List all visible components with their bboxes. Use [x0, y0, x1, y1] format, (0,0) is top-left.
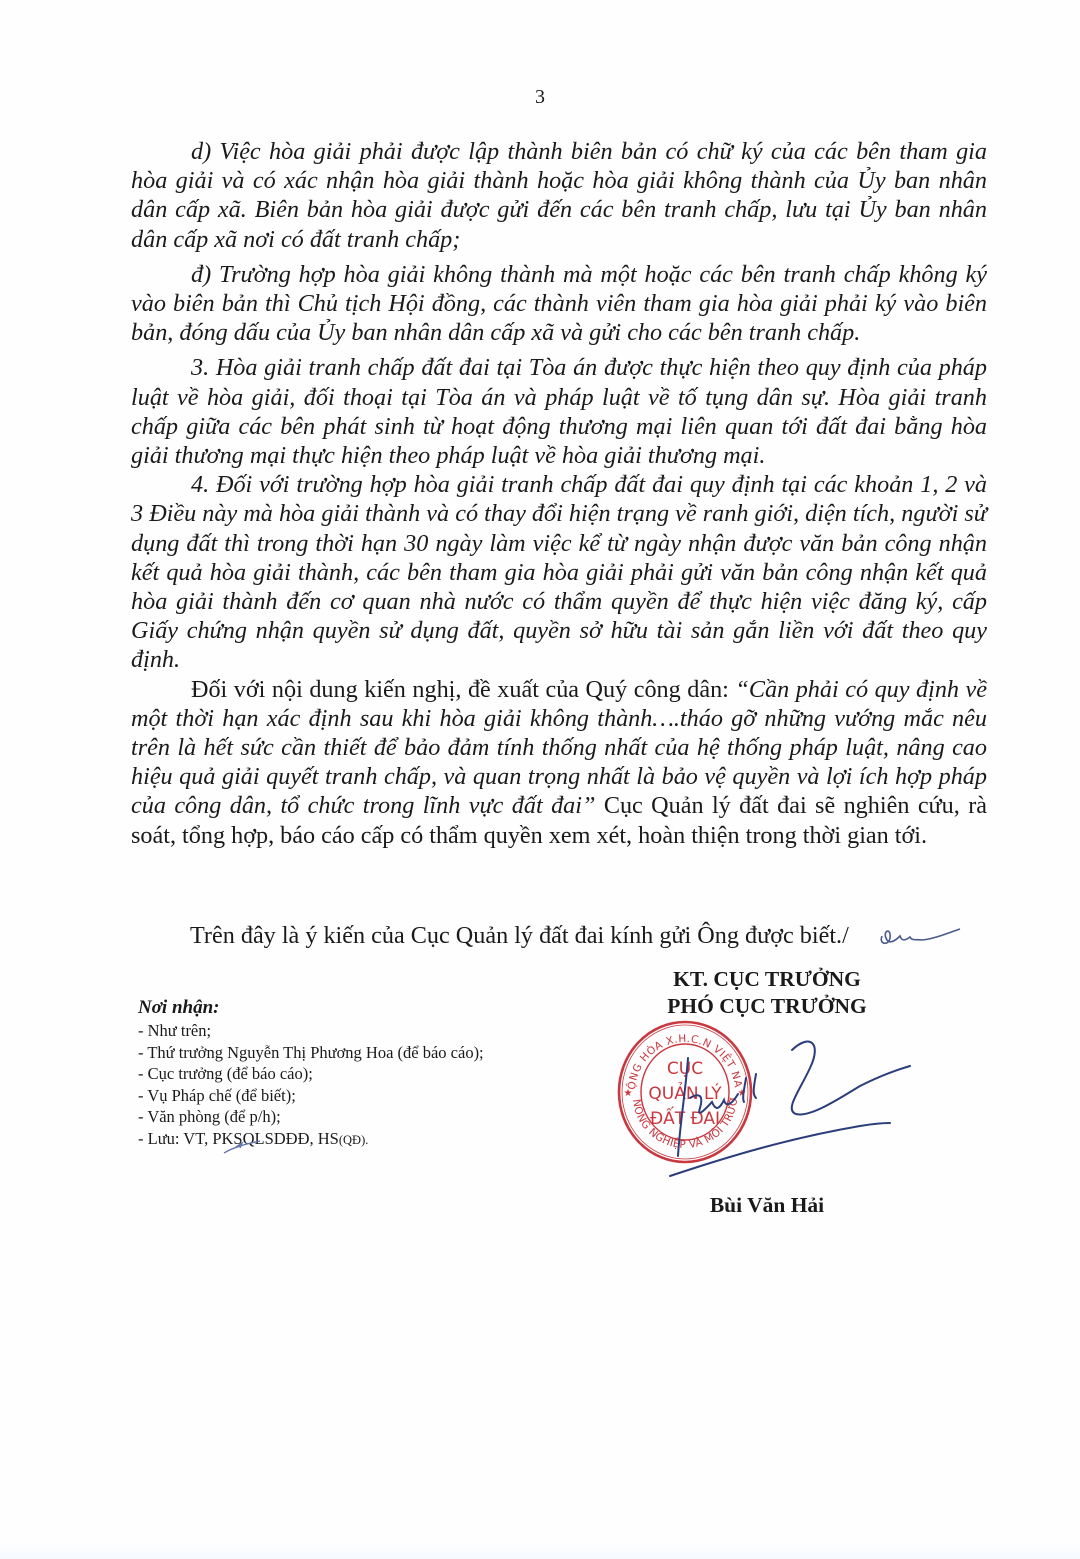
signer-name: Bùi Văn Hải	[640, 1193, 894, 1218]
paragraph-clause-3: 3. Hòa giải tranh chấp đất đai tại Tòa á…	[131, 353, 987, 470]
letter-body: d) Việc hòa giải phải được lập thành biê…	[131, 137, 987, 850]
recipient-item: - Cục trưởng (để báo cáo);	[138, 1063, 484, 1085]
recipients-title: Nơi nhận:	[138, 996, 484, 1020]
closing-sentence: Trên đây là ý kiến của Cục Quản lý đất đ…	[190, 921, 849, 951]
recipient-item: - Vụ Pháp chế (để biết);	[138, 1085, 484, 1107]
recipients-block: Nơi nhận: - Như trên; - Thứ trưởng Nguyễ…	[138, 996, 484, 1151]
clerk-initial-icon	[222, 1139, 262, 1155]
page-number: 3	[0, 86, 1080, 109]
svg-text:★: ★	[624, 1088, 633, 1099]
initials-signature-icon	[878, 924, 963, 950]
page-bottom-edge	[0, 1543, 1080, 1559]
paragraph-response: Đối với nội dung kiến nghị, đề xuất của …	[131, 675, 987, 850]
handwritten-signature-icon	[660, 1028, 920, 1178]
recipient-item: - Văn phòng (để p/h);	[138, 1106, 484, 1128]
recipient-archive-suffix: (QĐ).	[339, 1133, 369, 1147]
recipient-item: - Lưu: VT, PKSQLSDĐĐ, HS(QĐ).	[138, 1128, 484, 1152]
response-lead: Đối với nội dung kiến nghị, đề xuất của …	[191, 676, 735, 703]
signer-title-line1: KT. CỤC TRƯỞNG	[640, 966, 894, 993]
signer-title-block: KT. CỤC TRƯỞNG PHÓ CỤC TRƯỞNG	[640, 966, 894, 1020]
paragraph-d: d) Việc hòa giải phải được lập thành biê…	[131, 137, 987, 254]
recipient-item: - Như trên;	[138, 1020, 484, 1042]
paragraph-clause-4: 4. Đối với trường hợp hòa giải tranh chấ…	[131, 470, 987, 674]
paragraph-dd: đ) Trường hợp hòa giải không thành mà mộ…	[131, 260, 987, 348]
recipient-item: - Thứ trưởng Nguyễn Thị Phương Hoa (để b…	[138, 1042, 484, 1064]
